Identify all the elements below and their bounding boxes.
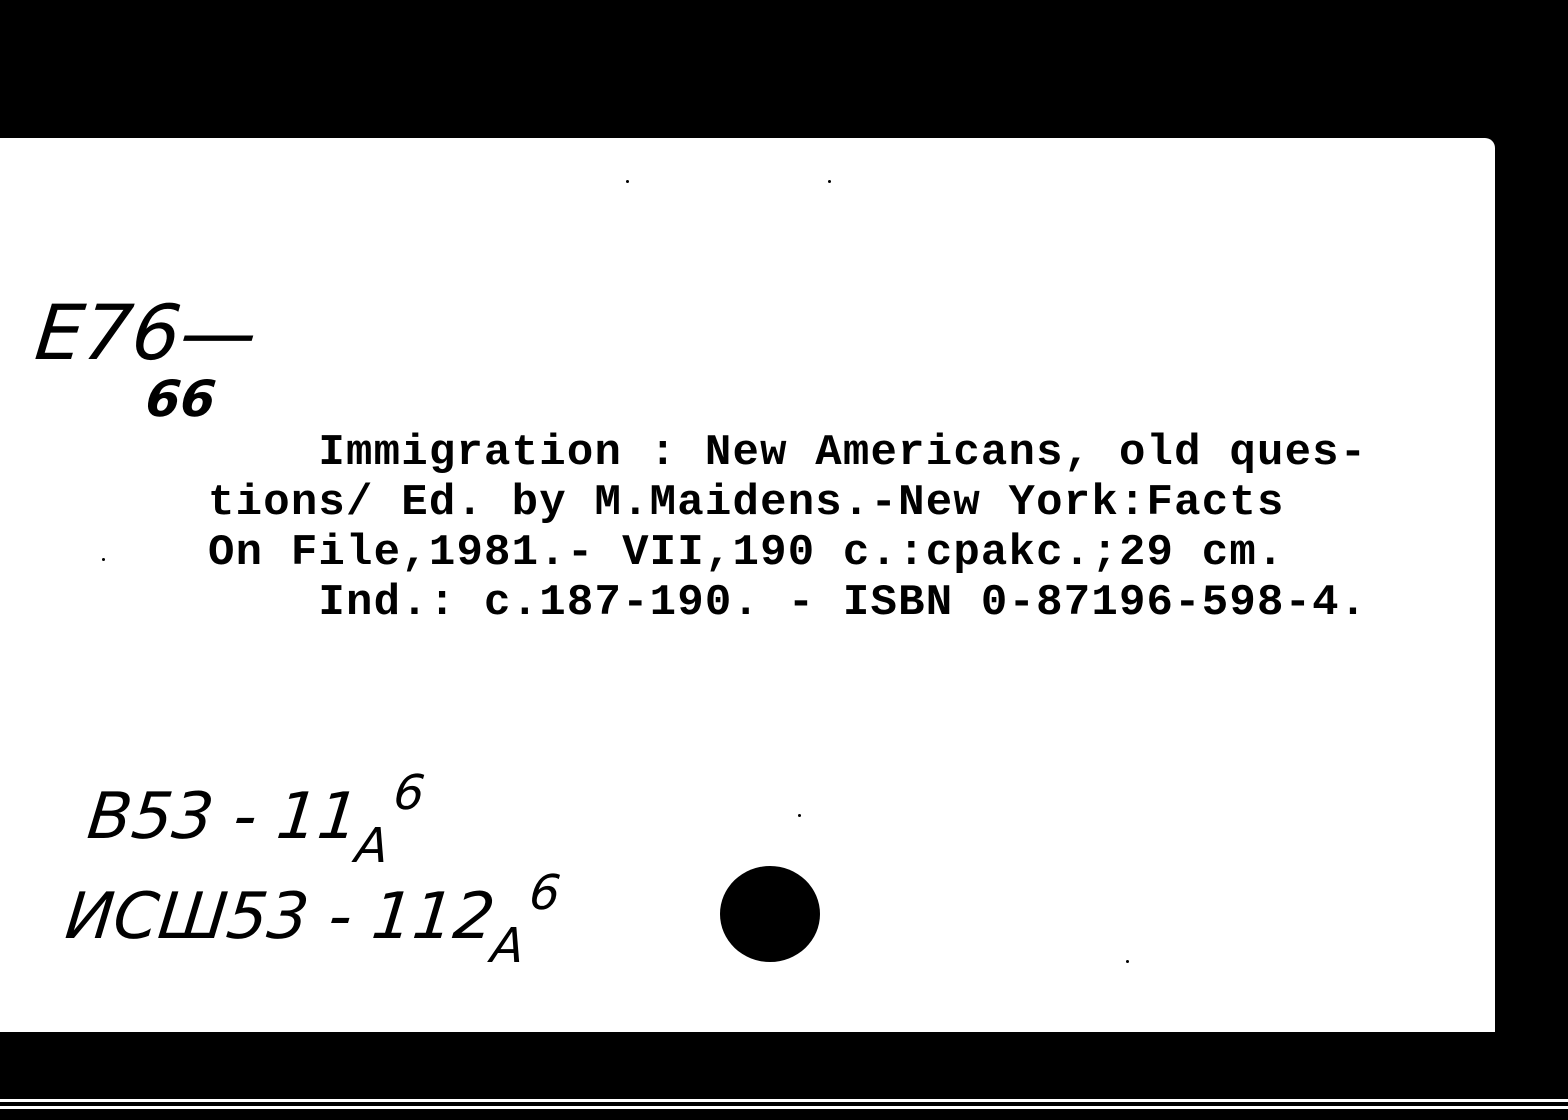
shelf-mark-2: ИСШ53 - 112A6 bbox=[62, 880, 562, 954]
shelf-mark-1-sub: A bbox=[353, 818, 392, 874]
shelf-mark-2-main: ИСШ53 - 112 bbox=[62, 880, 498, 954]
speck bbox=[798, 814, 801, 817]
scan-border-line bbox=[0, 1106, 1568, 1109]
shelf-mark-1-sup: 6 bbox=[391, 765, 427, 821]
speck bbox=[828, 180, 831, 183]
scan-border-line bbox=[0, 1099, 1568, 1102]
speck bbox=[102, 558, 105, 561]
speck bbox=[1126, 960, 1129, 963]
call-number-line2: 66 bbox=[143, 370, 219, 428]
entry-line-3: On File,1981.- VII,190 c.:cpakc.;29 cm. bbox=[208, 528, 1285, 578]
call-number-line1: E76— bbox=[31, 288, 261, 377]
entry-line-4: Ind.: c.187-190. - ISBN 0-87196-598-4. bbox=[208, 578, 1367, 628]
entry-line-1: Immigration : New Americans, old ques- bbox=[208, 428, 1367, 478]
shelf-mark-2-sub: A bbox=[488, 918, 527, 974]
shelf-mark-1-main: B53 - 11 bbox=[84, 780, 362, 854]
punch-hole bbox=[720, 866, 820, 962]
shelf-mark-2-sup: 6 bbox=[527, 865, 563, 921]
speck bbox=[626, 180, 629, 183]
shelf-mark-1: B53 - 11A6 bbox=[84, 780, 426, 854]
entry-line-2: tions/ Ed. by M.Maidens.-New York:Facts bbox=[208, 478, 1285, 528]
